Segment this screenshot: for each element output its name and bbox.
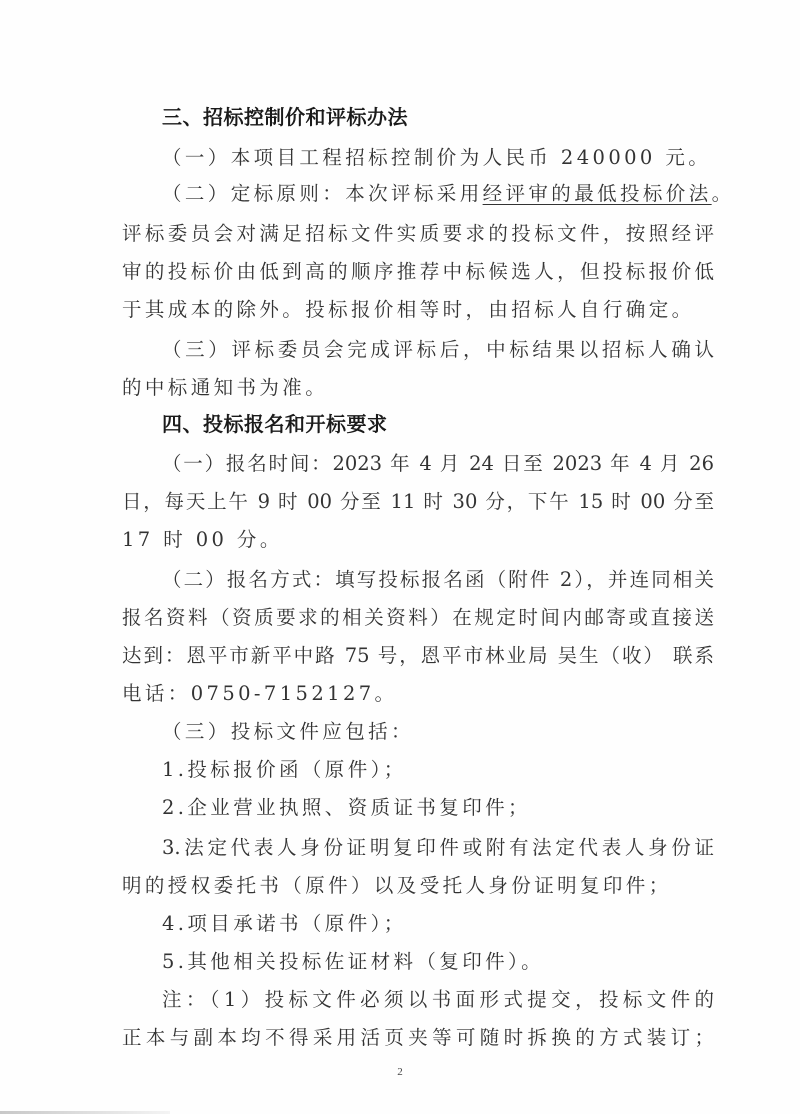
paragraph-award-result-line-1: （三）评标委员会完成评标后，中标结果以招标人确认 [162, 338, 714, 362]
paragraph-registration-method-line-3: 达到：恩平市新平中路 75 号，恩平市林业局 吴生（收） 联系 [122, 644, 714, 668]
award-principle-period: 。 [712, 182, 735, 205]
paragraph-bid-docs-intro: （三）投标文件应包括： [162, 720, 714, 744]
note-line-2: 正本与副本均不得采用活页夹等可随时拆换的方式装订； [122, 1026, 714, 1050]
page-number: 2 [0, 1066, 800, 1078]
paragraph-registration-time-line-2: 日，每天上午 9 时 00 分至 11 时 30 分，下午 15 时 00 分至 [122, 490, 714, 514]
list-item-1: 1.投标报价函（原件）； [162, 758, 714, 782]
award-principle-prefix: （二）定标原则：本次评标采用 [162, 182, 483, 205]
paragraph-award-principle-line-1: （二）定标原则：本次评标采用经评审的最低投标价法。 [162, 182, 714, 206]
paragraph-award-result-line-2: 的中标通知书为准。 [122, 376, 714, 400]
section-heading-4: 四、投标报名和开标要求 [162, 412, 714, 436]
paragraph-registration-time-line-3: 17 时 00 分。 [122, 528, 714, 552]
paragraph-award-principle-line-4: 于其成本的除外。投标报价相等时，由招标人自行确定。 [122, 298, 714, 322]
note-line-1: 注：（1）投标文件必须以书面形式提交，投标文件的 [162, 988, 714, 1012]
paragraph-award-principle-line-2: 评标委员会对满足招标文件实质要求的投标文件，按照经评 [122, 222, 714, 246]
evaluation-method-underlined: 经评审的最低投标价法 [483, 182, 712, 205]
list-item-2: 2.企业营业执照、资质证书复印件； [162, 796, 714, 820]
list-item-3-line-1: 3.法定代表人身份证明复印件或附有法定代表人身份证 [162, 836, 714, 860]
list-item-3-line-2: 明的授权委托书（原件）以及受托人身份证明复印件； [122, 874, 714, 898]
paragraph-registration-time-line-1: （一）报名时间：2023 年 4 月 24 日至 2023 年 4 月 26 [162, 452, 714, 476]
list-item-5: 5.其他相关投标佐证材料（复印件）。 [162, 950, 714, 974]
paragraph-award-principle-line-3: 审的投标价由低到高的顺序推荐中标候选人，但投标报价低 [122, 260, 714, 284]
document-page: 三、招标控制价和评标办法 （一）本项目工程招标控制价为人民币 240000 元。… [0, 0, 800, 1114]
paragraph-registration-method-line-2: 报名资料（资质要求的相关资料）在规定时间内邮寄或直接送 [122, 606, 714, 630]
paragraph-registration-method-line-1: （二）报名方式：填写投标报名函（附件 2），并连同相关 [162, 568, 714, 592]
paragraph-control-price: （一）本项目工程招标控制价为人民币 240000 元。 [162, 146, 714, 170]
section-heading-3: 三、招标控制价和评标办法 [162, 105, 714, 129]
paragraph-registration-method-line-4: 电话：0750-7152127。 [122, 682, 714, 706]
list-item-4: 4.项目承诺书（原件）； [162, 912, 714, 936]
